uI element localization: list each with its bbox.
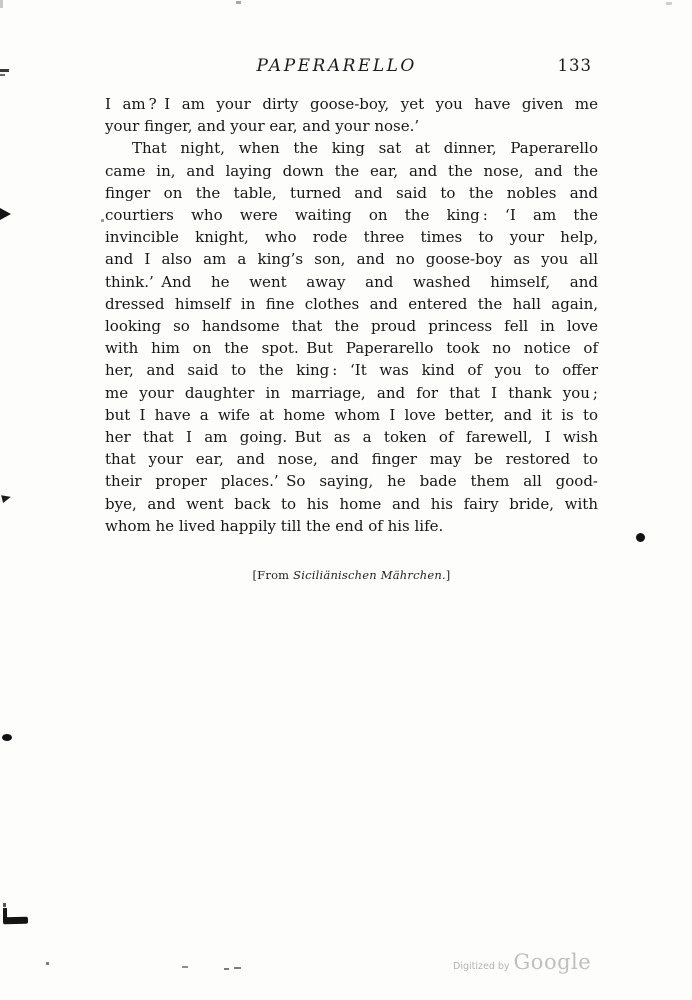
digitized-by-label: Digitized by (453, 961, 510, 972)
digitized-watermark: Digitized by Google (453, 950, 591, 974)
ink-blob-mark (2, 734, 12, 741)
text-line: her that I am going. But as a token of f… (105, 426, 598, 448)
page-number: 133 (558, 56, 593, 75)
text-line: me your daughter in marriage, and for th… (105, 382, 598, 404)
book-page: PAPERARELLO 133 I am ? I am your dirty g… (0, 0, 692, 1000)
scan-speck (46, 962, 49, 965)
text-column: PAPERARELLO 133 I am ? I am your dirty g… (105, 56, 598, 537)
attribution-prefix: [From (253, 568, 294, 582)
text-line: That night, when the king sat at dinner,… (105, 137, 598, 159)
text-line: dressed himself in fine clothes and ente… (105, 293, 598, 315)
scan-speck (101, 219, 104, 222)
attribution-suffix: ] (446, 568, 451, 582)
margin-arrow-mark (0, 208, 11, 220)
ink-blot-mark (3, 903, 6, 907)
running-head: PAPERARELLO 133 (105, 56, 598, 80)
text-line: bye, and went back to his home and his f… (105, 493, 598, 515)
running-head-title: PAPERARELLO (257, 56, 417, 76)
text-line: her, and said to the king : ‘It was kind… (105, 359, 598, 381)
ink-dot-mark (636, 533, 645, 542)
scan-speck (666, 2, 672, 5)
text-line: think.’ And he went away and washed hims… (105, 271, 598, 293)
text-line: finger on the table, turned and said to … (105, 182, 598, 204)
text-line: I am ? I am your dirty goose-boy, yet yo… (105, 93, 598, 115)
text-line: whom he lived happily till the end of hi… (105, 515, 598, 537)
story-text-block: I am ? I am your dirty goose-boy, yet yo… (105, 93, 598, 537)
ink-blot-mark (3, 908, 7, 920)
scan-speck (0, 0, 3, 8)
source-attribution: [From Siciliänischen Mährchen.] (105, 568, 598, 582)
text-line: with him on the spot. But Paperarello to… (105, 337, 598, 359)
scan-speck (236, 1, 241, 4)
text-line: their proper places.’ So saying, he bade… (105, 470, 598, 492)
text-line: your finger, and your ear, and your nose… (105, 115, 598, 137)
text-line: courtiers who were waiting on the king :… (105, 204, 598, 226)
text-line: came in, and laying down the ear, and th… (105, 160, 598, 182)
google-logo: Google (514, 950, 592, 974)
margin-wedge-mark (1, 493, 12, 503)
text-line: looking so handsome that the proud princ… (105, 315, 598, 337)
scan-speck (234, 967, 241, 969)
text-line: and I also am a king’s son, and no goose… (105, 248, 598, 270)
scan-speck (182, 966, 188, 968)
scan-speck (224, 968, 229, 970)
text-line: invincible knight, who rode three times … (105, 226, 598, 248)
ink-blot-mark (3, 917, 28, 925)
margin-dash-mark (0, 74, 5, 76)
margin-dash-mark (0, 69, 9, 72)
text-line: but I have a wife at home whom I love be… (105, 404, 598, 426)
attribution-source-title: Siciliänischen Mährchen. (293, 568, 446, 582)
text-line: that your ear, and nose, and finger may … (105, 448, 598, 470)
